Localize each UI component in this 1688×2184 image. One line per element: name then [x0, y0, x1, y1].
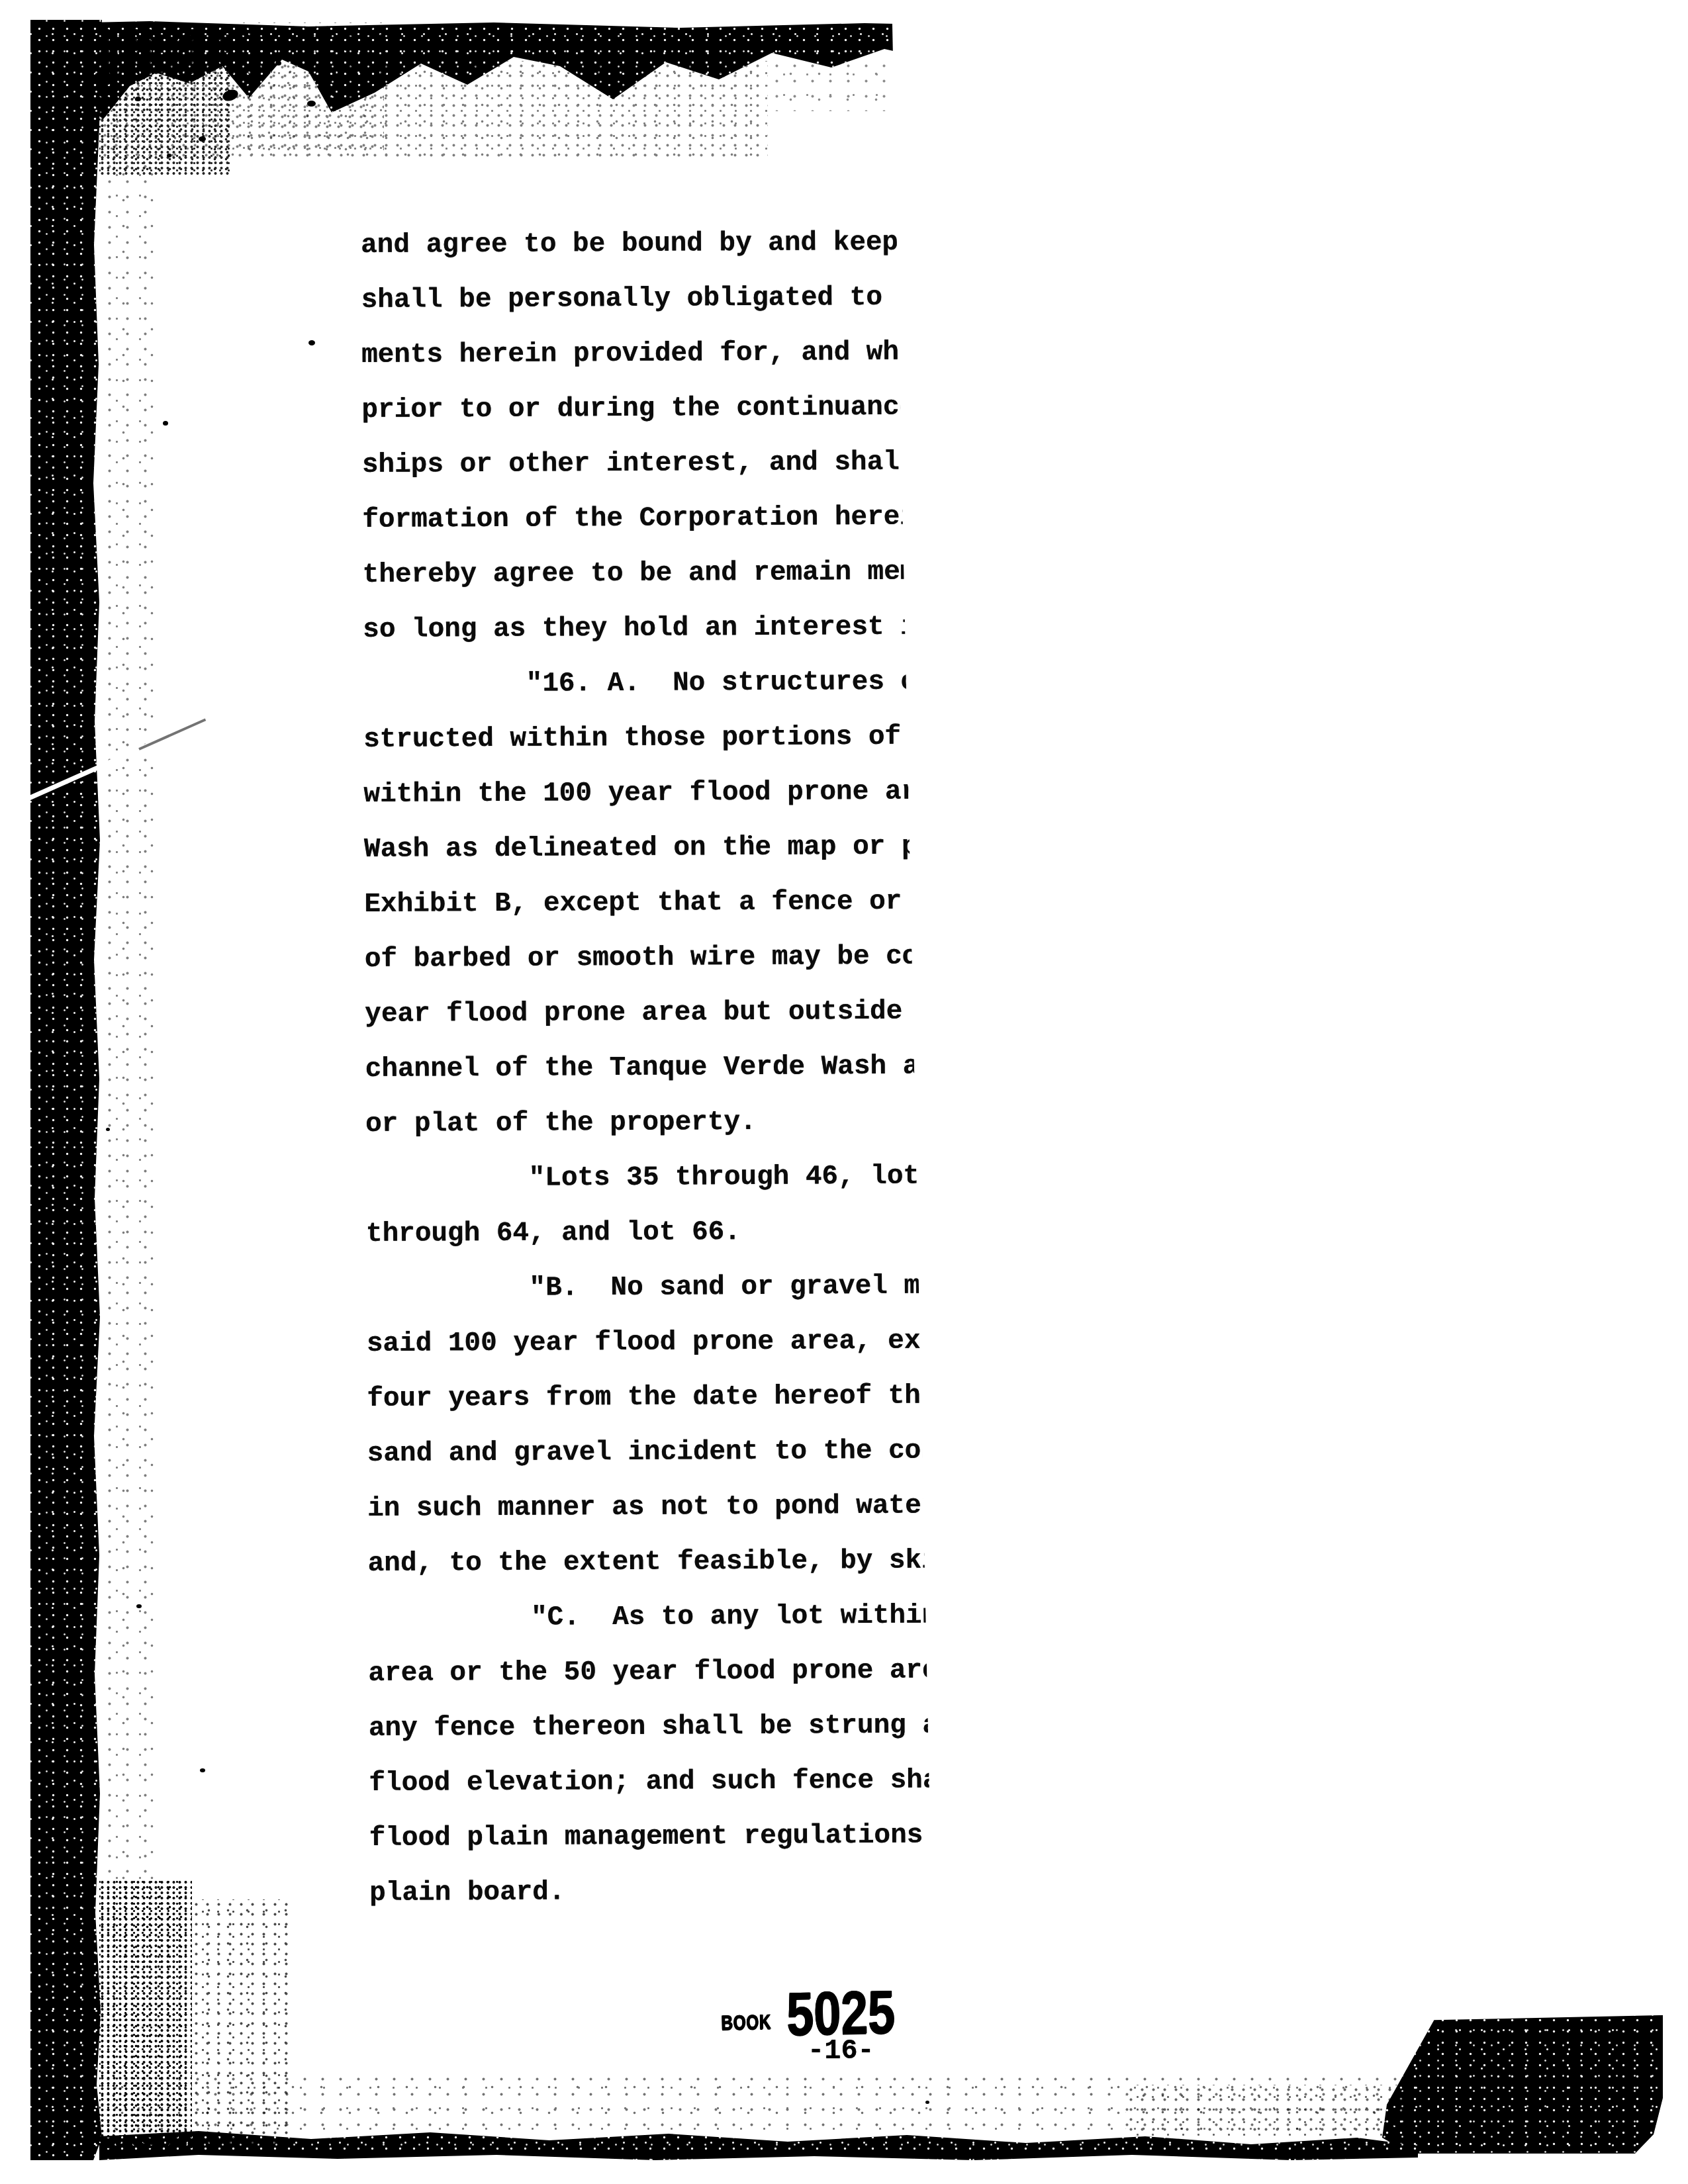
ink-blob	[136, 1604, 142, 1608]
ink-blob	[199, 136, 206, 142]
scan-speckle-under-top-left	[99, 61, 768, 160]
ink-blob	[275, 61, 281, 66]
ink-blob	[106, 1128, 110, 1131]
ink-blob	[87, 1013, 92, 1017]
stamp-book-label: BOOK	[721, 2010, 771, 2035]
ink-blob	[322, 85, 328, 90]
ink-blob	[163, 421, 168, 426]
stamp-page-label: PAGE	[888, 0, 1688, 2030]
ink-blob	[307, 101, 316, 107]
ink-blob	[308, 340, 315, 345]
scanned-page: and agree to be bound by and keep and pe…	[0, 0, 1688, 2184]
ink-blob	[78, 1689, 84, 1694]
scan-speckle-bottomleft-dense	[99, 1880, 192, 2152]
page-number: -16-	[808, 2037, 874, 2065]
scan-speckle-left-edge	[101, 159, 154, 1880]
ink-blob	[167, 154, 171, 158]
stamp-book-number: 5025	[786, 1986, 895, 2040]
ink-blob	[925, 2101, 929, 2104]
scan-border-left	[30, 20, 102, 2160]
ink-blob	[135, 97, 141, 101]
ink-blob	[200, 1768, 205, 1772]
scan-speckle-bottomleft-fade	[191, 1899, 290, 2151]
scan-speckle-bottom-mid	[1125, 2085, 1403, 2138]
